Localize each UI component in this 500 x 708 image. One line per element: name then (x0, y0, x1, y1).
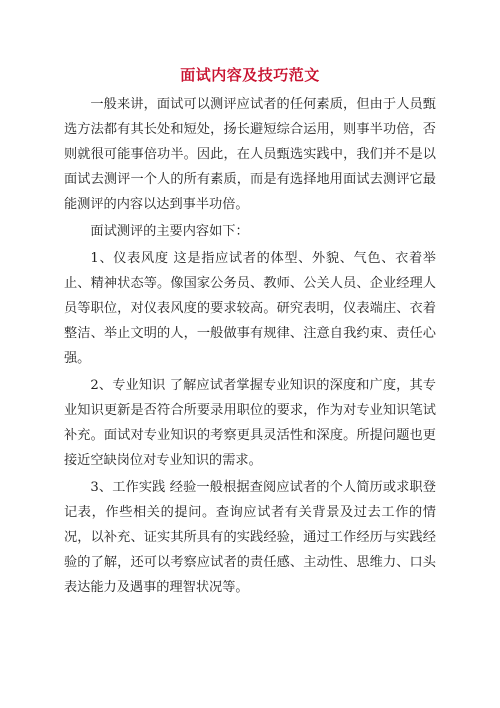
paragraph-contents-heading: 面试测评的主要内容如下： (64, 219, 436, 244)
document-page: 面试内容及技巧范文 一般来讲，面试可以测评应试者的任何素质，但由于人员甄选方法都… (0, 0, 500, 708)
paragraph-item-2: 2、专业知识 了解应试者掌握专业知识的深度和广度，其专业知识更新是否符合所要录用… (64, 373, 436, 473)
document-body: 一般来讲，面试可以测评应试者的任何素质，但由于人员甄选方法都有其长处和短处，扬长… (64, 92, 436, 602)
paragraph-intro: 一般来讲，面试可以测评应试者的任何素质，但由于人员甄选方法都有其长处和短处，扬长… (64, 92, 436, 217)
paragraph-item-1: 1、仪表风度 这是指应试者的体型、外貌、气色、衣着举止、精神状态等。像国家公务员… (64, 246, 436, 371)
document-title: 面试内容及技巧范文 (0, 64, 500, 85)
paragraph-item-3: 3、工作实践 经验一般根据查阅应试者的个人简历或求职登记表，作些相关的提问。查询… (64, 475, 436, 600)
